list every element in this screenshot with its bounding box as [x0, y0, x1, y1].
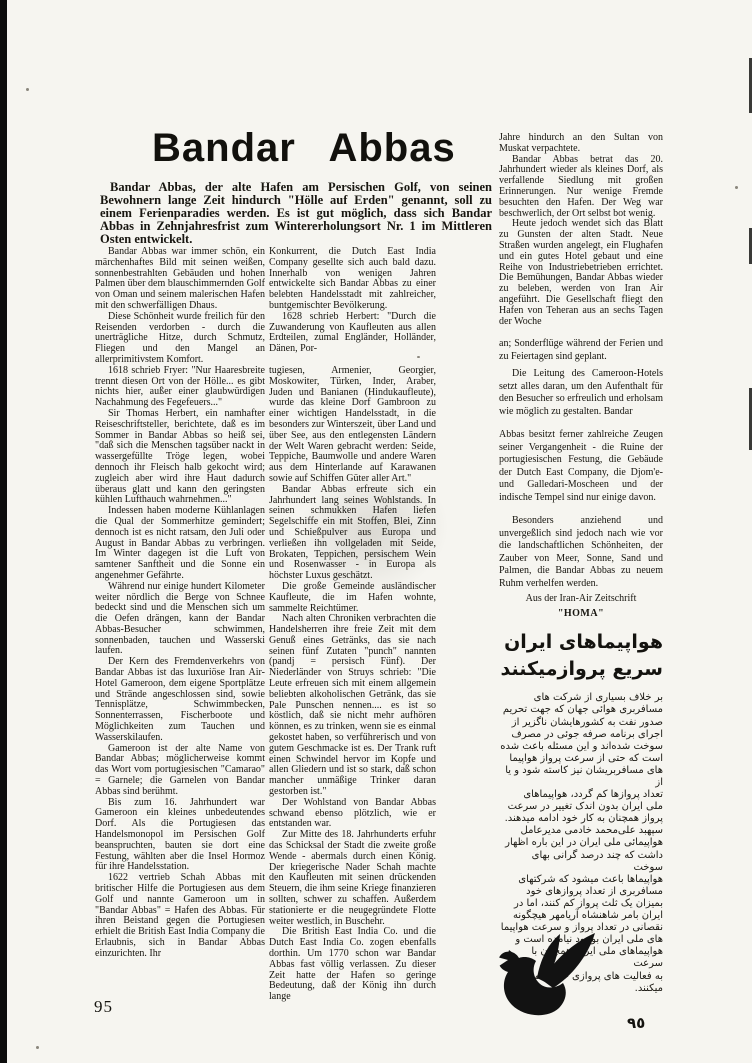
lead-paragraph: Bandar Abbas, der alte Hafen am Persisch…: [100, 181, 492, 246]
persian-headline-line-1: هواپیماهای ایران: [499, 629, 663, 656]
persian-text-line: مسافربری از تعداد پروازهای خود: [499, 886, 663, 898]
paragraph: Sir Thomas Herbert, ein namhafter Reises…: [95, 409, 265, 506]
paragraph: 1622 vertrieb Schah Abbas mit britischer…: [95, 873, 265, 959]
column-3: Jahre hindurch an den Sultan von Muskat …: [499, 133, 663, 995]
paragraph: Gameroon ist der alte Name von Bandar Ab…: [95, 744, 265, 798]
paragraph: Bandar Abbas betrat das 20. Jahrhundert …: [499, 155, 663, 220]
persian-headline-line-2: سریع پروازمیکنند: [499, 656, 663, 683]
attribution-source: Aus der Iran-Air Zeitschrift: [499, 593, 663, 605]
scan-speck: [36, 1046, 39, 1049]
persian-text-line: ایران بامر شاهنشاه آریامهر هیچگونه: [499, 910, 663, 922]
column-3-german-text: Jahre hindurch an den Sultan von Muskat …: [499, 133, 663, 590]
paragraph: Heute jedoch wendet sich das Blatt zu Gu…: [499, 219, 663, 327]
column-2: Konkurrent, die Dutch East India Company…: [269, 247, 436, 1047]
scanned-magazine-page: Bandar Abbas Bandar Abbas, der alte Hafe…: [0, 0, 752, 1063]
paragraph: Die Leitung des Cameroon-Hotels setzt al…: [499, 368, 663, 418]
column-1: Bandar Abbas war immer schön, ein märche…: [95, 247, 265, 1007]
paragraph: Bandar Abbas war immer schön, ein märche…: [95, 247, 265, 312]
persian-text-line: سپهبد علی‌محمد خادمی مدیرعامل: [499, 825, 663, 837]
paragraph: Die British East India Co. und die Dutch…: [269, 927, 436, 1003]
homa-bird-logo-icon: [496, 931, 600, 1030]
paragraph: Der Wohlstand von Bandar Abbas schwand e…: [269, 798, 436, 830]
scan-speck: [26, 88, 29, 91]
paragraph: Indessen haben moderne Kühlanlagen die Q…: [95, 506, 265, 582]
paragraph: Bandar Abbas erfreute sich ein Jahrhunde…: [269, 485, 436, 582]
paragraph: Konkurrent, die Dutch East India Company…: [269, 247, 436, 312]
persian-text-line: های مسافربریشان نیز کاسته شود و یا از: [499, 765, 663, 789]
paragraph: Jahre hindurch an den Sultan von Muskat …: [499, 133, 663, 155]
page-number-persian: ٩٥: [627, 1014, 645, 1032]
paragraph: Bis zum 16. Jahrhundert war Gameroon ein…: [95, 798, 265, 874]
persian-text-line: بر خلاف بسیاری از شرکت های: [499, 692, 663, 704]
paragraph: Die große Gemeinde ausländischer Kaufleu…: [269, 582, 436, 614]
paragraph: Nach alten Chroniken verbrachten die Han…: [269, 614, 436, 798]
paragraph: 1628 schrieb Herbert: "Durch die Zuwande…: [269, 312, 436, 355]
paragraph: Während nur einige hundert Kilometer wei…: [95, 582, 265, 658]
paragraph: tugiesen, Armenier, Georgier, Moskowiter…: [269, 366, 436, 485]
paragraph: Zur Mitte des 18. Jahrhunderts erfuhr da…: [269, 830, 436, 927]
persian-text-line: ملی ایران بدون اندک تغییر در سرعت: [499, 801, 663, 813]
persian-text-line: صدور نفت به کشورهایشان ناگزیر از: [499, 717, 663, 729]
paragraph: Abbas besitzt ferner zahlreiche Zeugen s…: [499, 429, 663, 504]
paragraph: Besonders anziehend und unvergeßlich sin…: [499, 515, 663, 590]
paragraph: 1618 schrieb Fryer: "Nur Haaresbreite tr…: [95, 366, 265, 409]
scan-edge-strip: [0, 0, 7, 1063]
paragraph: Der Kern des Fremdenverkehrs von Bandar …: [95, 657, 265, 743]
persian-text-line: بمیزان یک ثلث پرواز کم کنند، اما در: [499, 898, 663, 910]
paragraph: Diese Schönheit wurde freilich für den R…: [95, 312, 265, 366]
persian-text-line: هواپیمائی ملی ایران در این باره اظهار: [499, 837, 663, 849]
paragraph: an; Sonderflüge während der Ferien und z…: [499, 338, 663, 363]
persian-text-line: پرواز همچنان به کار خود ادامه میدهند.: [499, 813, 663, 825]
persian-text-line: است که حتی از سرعت پرواز هواپیما: [499, 753, 663, 765]
page-number: 95: [94, 997, 113, 1017]
scan-speck: [735, 186, 738, 189]
persian-text-line: داشت که چند درصد گرانی بهای سوخت: [499, 850, 663, 874]
attribution-magazine: "HOMA": [499, 608, 663, 620]
persian-text-line: مسافربری هوائی جهان که جهت تحریم: [499, 704, 663, 716]
persian-text-line: اجرای برنامه صرفه جوئی در مصرف: [499, 729, 663, 741]
persian-text-line: سوخت شده‌اند و این مسئله باعث شده: [499, 741, 663, 753]
persian-text-line: هواپیماها باعث میشود که شرکتهای: [499, 874, 663, 886]
persian-text-line: تعداد پروازها کم گردد، هواپیماهای: [499, 789, 663, 801]
